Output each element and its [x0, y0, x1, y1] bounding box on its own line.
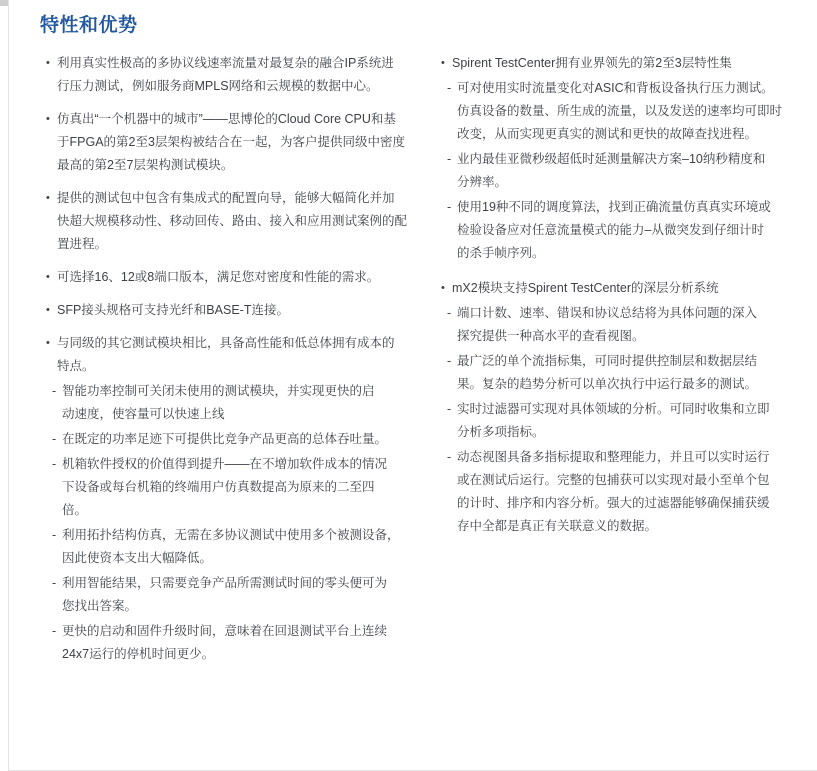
sub-bullet-item: -更快的启动和固件升级时间，意味着在回退测试平台上连续 24x7运行的停机时间更…	[52, 620, 424, 666]
sub-bullet-text: 实时过滤器可实现对具体领域的分析。可同时收集和立即 分析多项指标。	[457, 398, 793, 444]
bullet-text: 提供的测试包中包含有集成式的配置向导，能够大幅简化并加 快超大规模移动性、移动回…	[57, 187, 424, 256]
sub-bullet-text: 机箱软件授权的价值得到提升——在不增加软件成本的情况 下设备或每台机箱的终端用户…	[62, 453, 424, 522]
sub-bullet-item: -利用拓扑结构仿真，无需在多协议测试中使用多个被测设备， 因此使资本支出大幅降低…	[52, 524, 424, 570]
bullet-body: 与同级的其它测试模块相比，具备高性能和低总体拥有成本的 特点。-智能功率控制可关…	[57, 332, 424, 668]
bullet-text: 利用真实性极高的多协议线速率流量对最复杂的融合IP系统进 行压力测试，例如服务商…	[57, 52, 424, 98]
dash-marker: -	[52, 524, 62, 570]
bullet-body: mX2模块支持Spirent TestCenter的深层分析系统-端口计数、速率…	[452, 277, 793, 540]
page-title: 特性和优势	[40, 10, 138, 37]
sub-bullet-list: -智能功率控制可关闭未使用的测试模块，并实现更快的启 动速度，使容量可以快速上线…	[52, 380, 424, 666]
bullet-text: Spirent TestCenter拥有业界领先的第2至3层特性集	[452, 52, 793, 75]
bullet-item: •利用真实性极高的多协议线速率流量对最复杂的融合IP系统进 行压力测试，例如服务…	[46, 52, 424, 98]
sub-bullet-item: -端口计数、速率、错误和协议总结将为具体问题的深入 探究提供一种高水平的查看视图…	[447, 302, 793, 348]
bullet-body: 仿真出“一个机器中的城市”——思博伦的Cloud Core CPU和基 于FPG…	[57, 108, 424, 177]
sub-bullet-text: 业内最佳亚微秒级超低时延测量解决方案–10纳秒精度和 分辨率。	[457, 148, 793, 194]
sub-bullet-text: 更快的启动和固件升级时间，意味着在回退测试平台上连续 24x7运行的停机时间更少…	[62, 620, 424, 666]
bullet-item: •mX2模块支持Spirent TestCenter的深层分析系统-端口计数、速…	[441, 277, 793, 540]
bullet-text: 与同级的其它测试模块相比，具备高性能和低总体拥有成本的 特点。	[57, 332, 424, 378]
sub-bullet-item: -动态视图具备多指标提取和整理能力，并且可以实时运行 或在测试后运行。完整的包捕…	[447, 446, 793, 538]
sub-bullet-text: 利用拓扑结构仿真，无需在多协议测试中使用多个被测设备， 因此使资本支出大幅降低。	[62, 524, 424, 570]
dash-marker: -	[447, 350, 457, 396]
bullet-body: 可选择16、12或8端口版本，满足您对密度和性能的需求。	[57, 266, 424, 289]
page-corner-mark	[0, 0, 8, 6]
sub-bullet-item: -使用19种不同的调度算法，找到正确流量仿真真实环境或 检验设备应对任意流量模式…	[447, 196, 793, 265]
sub-bullet-text: 动态视图具备多指标提取和整理能力，并且可以实时运行 或在测试后运行。完整的包捕获…	[457, 446, 793, 538]
dash-marker: -	[52, 620, 62, 666]
bullet-body: 提供的测试包中包含有集成式的配置向导，能够大幅简化并加 快超大规模移动性、移动回…	[57, 187, 424, 256]
document-page: 特性和优势 •利用真实性极高的多协议线速率流量对最复杂的融合IP系统进 行压力测…	[0, 0, 817, 771]
dash-marker: -	[447, 398, 457, 444]
dash-marker: -	[447, 196, 457, 265]
sub-bullet-text: 最广泛的单个流指标集，可同时提供控制层和数据层结 果。复杂的趋势分析可以单次执行…	[457, 350, 793, 396]
bullet-item: •可选择16、12或8端口版本，满足您对密度和性能的需求。	[46, 266, 424, 289]
sub-bullet-list: -端口计数、速率、错误和协议总结将为具体问题的深入 探究提供一种高水平的查看视图…	[447, 302, 793, 538]
sub-bullet-item: -最广泛的单个流指标集，可同时提供控制层和数据层结 果。复杂的趋势分析可以单次执…	[447, 350, 793, 396]
sub-bullet-item: -可对使用实时流量变化对ASIC和背板设备执行压力测试。 仿真设备的数量、所生成…	[447, 77, 793, 146]
left-column: •利用真实性极高的多协议线速率流量对最复杂的融合IP系统进 行压力测试，例如服务…	[46, 52, 424, 678]
sub-bullet-item: -利用智能结果，只需要竞争产品所需测试时间的零头便可为 您找出答案。	[52, 572, 424, 618]
dash-marker: -	[447, 148, 457, 194]
bullet-item: •Spirent TestCenter拥有业界领先的第2至3层特性集-可对使用实…	[441, 52, 793, 267]
sub-bullet-text: 端口计数、速率、错误和协议总结将为具体问题的深入 探究提供一种高水平的查看视图。	[457, 302, 793, 348]
sub-bullet-item: -实时过滤器可实现对具体领域的分析。可同时收集和立即 分析多项指标。	[447, 398, 793, 444]
bullet-text: 仿真出“一个机器中的城市”——思博伦的Cloud Core CPU和基 于FPG…	[57, 108, 424, 177]
page-left-edge-line	[8, 0, 9, 771]
bullet-text: mX2模块支持Spirent TestCenter的深层分析系统	[452, 277, 793, 300]
bullet-text: SFP接头规格可支持光纤和BASE-T连接。	[57, 299, 424, 322]
bullet-body: 利用真实性极高的多协议线速率流量对最复杂的融合IP系统进 行压力测试，例如服务商…	[57, 52, 424, 98]
dash-marker: -	[52, 453, 62, 522]
bullet-body: Spirent TestCenter拥有业界领先的第2至3层特性集-可对使用实时…	[452, 52, 793, 267]
sub-bullet-text: 利用智能结果，只需要竞争产品所需测试时间的零头便可为 您找出答案。	[62, 572, 424, 618]
dash-marker: -	[52, 428, 62, 451]
bullet-body: SFP接头规格可支持光纤和BASE-T连接。	[57, 299, 424, 322]
sub-bullet-item: -业内最佳亚微秒级超低时延测量解决方案–10纳秒精度和 分辨率。	[447, 148, 793, 194]
sub-bullet-text: 在既定的功率足迹下可提供比竞争产品更高的总体吞吐量。	[62, 428, 424, 451]
dash-marker: -	[52, 380, 62, 426]
sub-bullet-item: -机箱软件授权的价值得到提升——在不增加软件成本的情况 下设备或每台机箱的终端用…	[52, 453, 424, 522]
bullet-item: •SFP接头规格可支持光纤和BASE-T连接。	[46, 299, 424, 322]
sub-bullet-text: 使用19种不同的调度算法，找到正确流量仿真真实环境或 检验设备应对任意流量模式的…	[457, 196, 793, 265]
bullet-item: •与同级的其它测试模块相比，具备高性能和低总体拥有成本的 特点。-智能功率控制可…	[46, 332, 424, 668]
sub-bullet-list: -可对使用实时流量变化对ASIC和背板设备执行压力测试。 仿真设备的数量、所生成…	[447, 77, 793, 265]
dash-marker: -	[447, 302, 457, 348]
sub-bullet-text: 可对使用实时流量变化对ASIC和背板设备执行压力测试。 仿真设备的数量、所生成的…	[457, 77, 793, 146]
sub-bullet-text: 智能功率控制可关闭未使用的测试模块，并实现更快的启 动速度，使容量可以快速上线	[62, 380, 424, 426]
dash-marker: -	[447, 446, 457, 538]
bullet-text: 可选择16、12或8端口版本，满足您对密度和性能的需求。	[57, 266, 424, 289]
bullet-icon: •	[46, 108, 57, 177]
sub-bullet-item: -智能功率控制可关闭未使用的测试模块，并实现更快的启 动速度，使容量可以快速上线	[52, 380, 424, 426]
bullet-icon: •	[46, 266, 57, 289]
bullet-icon: •	[46, 52, 57, 98]
bullet-icon: •	[46, 299, 57, 322]
right-column: •Spirent TestCenter拥有业界领先的第2至3层特性集-可对使用实…	[441, 52, 793, 550]
bullet-item: •提供的测试包中包含有集成式的配置向导，能够大幅简化并加 快超大规模移动性、移动…	[46, 187, 424, 256]
bullet-item: •仿真出“一个机器中的城市”——思博伦的Cloud Core CPU和基 于FP…	[46, 108, 424, 177]
dash-marker: -	[52, 572, 62, 618]
sub-bullet-item: -在既定的功率足迹下可提供比竞争产品更高的总体吞吐量。	[52, 428, 424, 451]
bullet-icon: •	[46, 187, 57, 256]
dash-marker: -	[447, 77, 457, 146]
